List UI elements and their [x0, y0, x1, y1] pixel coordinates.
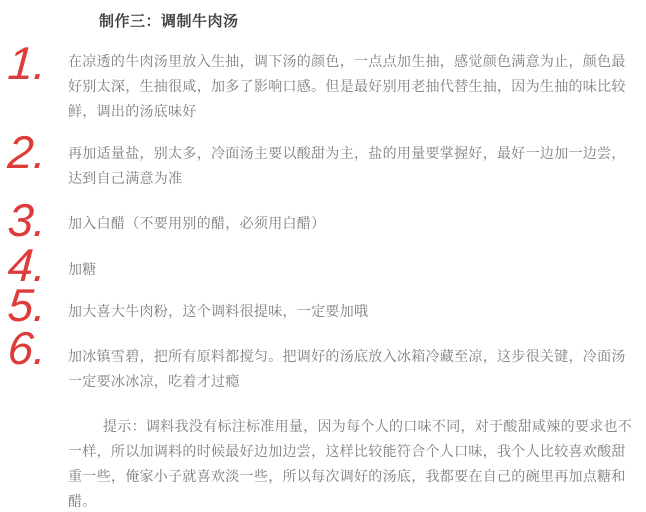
recipe-document-page: 制作三：调制牛肉汤 1. 在凉透的牛肉汤里放入生抽，调下汤的颜色，一点点加生抽，… — [0, 0, 646, 512]
step-3-text: 加入白醋（不要用别的醋，必须用白醋） — [68, 212, 640, 237]
step-2-text: 再加适量盐，别太多，冷面汤主要以酸甜为主，盐的用量要掌握好，最好一边加一边尝， … — [68, 142, 640, 192]
tip-paragraph: 提示：调料我没有标注标准用量，因为每个人的口味不同，对于酸甜咸辣的要求也不 一样… — [68, 415, 640, 512]
step-6-number: 6. — [6, 325, 61, 371]
step-5-text: 加大喜大牛肉粉，这个调料很提味，一定要加哦 — [68, 300, 640, 325]
step-2-number: 2. — [6, 129, 61, 175]
step-1-number: 1. — [6, 40, 61, 86]
step-1-text: 在凉透的牛肉汤里放入生抽，调下汤的颜色，一点点加生抽，感觉颜色满意为止，颜色最 … — [68, 50, 640, 125]
step-6-text: 加冰镇雪碧，把所有原料都搅匀。把调好的汤底放入冰箱冷藏至凉，这步很关键，冷面汤 … — [68, 345, 640, 395]
step-3-number: 3. — [6, 197, 61, 243]
section-title: 制作三：调制牛肉汤 — [99, 10, 239, 31]
step-4-text: 加糖 — [68, 258, 640, 283]
